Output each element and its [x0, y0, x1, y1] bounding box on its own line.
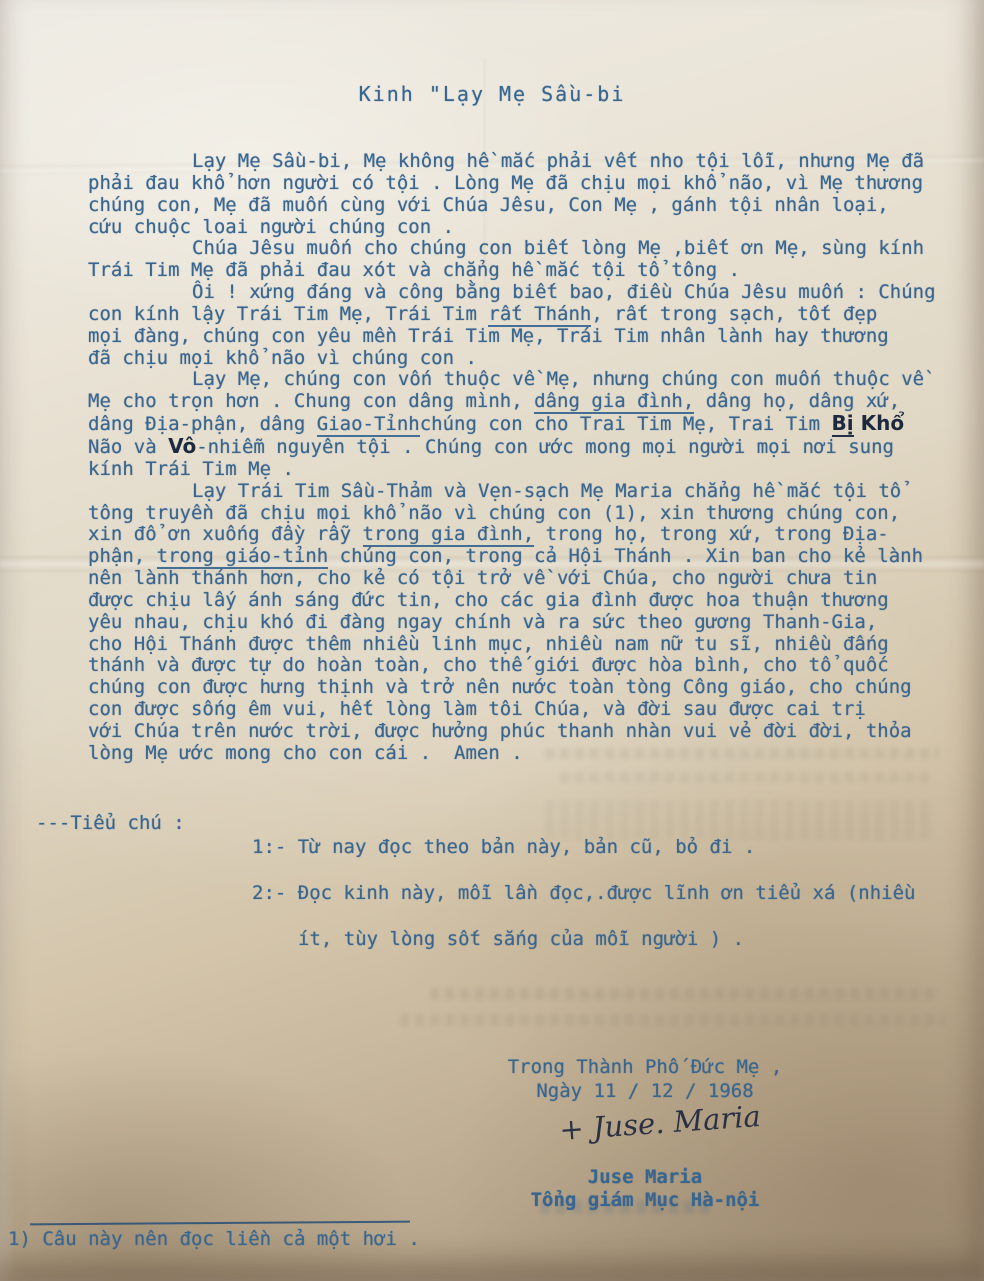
typed-text: Lạy Mẹ Sầu-bi, Mẹ không hề mắc phải vết … — [192, 150, 924, 172]
text-line: xin đổ ơn xuống đầy rẫy trong gia đình, … — [88, 524, 960, 546]
typed-text: Mẹ cho trọn hơn . Chung con dâng mình, — [88, 390, 534, 412]
typed-text: nên lành thánh hơn, cho kẻ có tội trở về… — [88, 567, 877, 589]
text-line: thánh và được tự do hoàn toàn, cho thế g… — [88, 655, 960, 677]
text-line: con kính lậy Trái Tim Mẹ, Trái Tim rất T… — [88, 304, 960, 326]
text-line: cho Hội Thánh được thêm nhiều linh mục, … — [88, 634, 960, 656]
footnote-item-2: 2:- Đọc kinh này, mỗi lần đọc,.được lĩnh… — [252, 882, 915, 904]
typed-text: con kính lậy Trái Tim Mẹ, Trái Tim — [88, 303, 488, 325]
typed-text: phận, — [88, 545, 157, 567]
bottom-footnote-rule — [30, 1221, 410, 1226]
text-line: Trái Tim Mẹ đã phải đau xót và chẳng hề … — [88, 260, 960, 282]
footnote-item-2-continuation: ít, tùy lòng sốt sắng của mỗi người ) . — [298, 928, 744, 950]
handwritten-correction: Bị — [832, 411, 854, 437]
paragraph: Chúa Jêsu muốn cho chúng con biết lòng M… — [88, 238, 960, 282]
text-line: với Chúa trên nước trời, được hưởng phúc… — [88, 721, 960, 743]
document-title: Kinh "Lạy Mẹ Sầu-bi — [0, 82, 984, 106]
typed-text: tông truyền đã chịu mọi khổ não vì chúng… — [88, 502, 900, 524]
typed-text: yêu nhau, chịu khó đi đàng ngay chính và… — [88, 611, 877, 633]
text-line: dâng Địa-phận, dâng Giao-Tỉnhchúng con c… — [88, 413, 960, 436]
typed-text: , rất trong sạch, tốt đẹp — [591, 303, 877, 325]
text-line: phải đau khổ hơn người có tội . Lòng Mẹ … — [88, 173, 960, 195]
typed-text: dâng gia đình, — [534, 390, 694, 414]
typed-text: Giao-Tỉnh — [317, 413, 420, 437]
text-line: Lạy Mẹ Sầu-bi, Mẹ không hề mắc phải vết … — [88, 151, 960, 173]
text-line: chúng con, Mẹ đã muốn cùng với Chúa Jêsu… — [88, 195, 960, 217]
typed-text: chúng con, trong cả Hội Thánh . Xin ban … — [328, 545, 923, 567]
paragraph: Lạy Trái Tim Sầu-Thảm và Vẹn-sạch Mẹ Mar… — [88, 481, 960, 765]
text-line: cứu chuộc loai người chúng con . — [88, 217, 960, 239]
typed-text: xin đổ ơn xuống đầy rẫy — [88, 523, 363, 545]
typed-text: trong gia đình, — [363, 523, 535, 547]
typed-text: chúng con cho Trai Tim Mẹ, Trai Tim — [420, 413, 832, 435]
typed-text: đã chịu mọi khổ não vì chúng con . — [88, 347, 477, 369]
text-line: mọi đàng, chúng con yêu mền Trái Tim Mẹ,… — [88, 326, 960, 348]
typed-text: -nhiễm nguyên tội . Chúng con ước mong m… — [196, 436, 894, 458]
typed-text: rất Thánh — [488, 303, 591, 327]
signature-place-line: Trong Thành Phố Đức Mẹ , — [445, 1056, 845, 1078]
footnote-item-1: 1:- Từ nay đọc theo bản này, bản cũ, bỏ … — [252, 836, 755, 858]
bleed-through-smudge — [430, 988, 940, 1000]
text-line: Ôi ! xứng đáng và công bằng biết bao, đi… — [88, 282, 960, 304]
paragraph: Ôi ! xứng đáng và công bằng biết bao, đi… — [88, 282, 960, 369]
footnote-section-header: ---Tiểu chú : — [36, 812, 185, 834]
typed-text: lòng Mẹ ước mong cho con cái . Amen . — [88, 742, 523, 764]
typed-text: chúng con được hưng thịnh và trở nên nướ… — [88, 676, 912, 698]
typed-text: kính Trái Tim Mẹ . — [88, 458, 294, 480]
text-line: tông truyền đã chịu mọi khổ não vì chúng… — [88, 503, 960, 525]
text-line: nên lành thánh hơn, cho kẻ có tội trở về… — [88, 568, 960, 590]
signature-name: Juse Maria — [445, 1166, 845, 1188]
paragraph: Lạy Mẹ, chúng con vốn thuộc về Mẹ, nhưng… — [88, 369, 960, 480]
typed-text: Lạy Trái Tim Sầu-Thảm và Vẹn-sạch Mẹ Mar… — [192, 480, 901, 502]
typed-text: Lạy Mẹ, chúng con vốn thuộc về Mẹ, nhưng… — [192, 368, 924, 390]
typed-text: Chúa Jêsu muốn cho chúng con biết lòng M… — [192, 237, 924, 259]
text-line: Mẹ cho trọn hơn . Chung con dâng mình, d… — [88, 391, 960, 413]
text-line: yêu nhau, chịu khó đi đàng ngay chính và… — [88, 612, 960, 634]
typed-text: mọi đàng, chúng con yêu mền Trái Tim Mẹ,… — [88, 325, 889, 347]
bottom-footnote-text: 1) Câu này nên đọc liền cả một hơi . — [8, 1228, 420, 1250]
typed-text: chúng con, Mẹ đã muốn cùng với Chúa Jêsu… — [88, 194, 889, 216]
typed-text: phải đau khổ hơn người có tội . Lòng Mẹ … — [88, 172, 923, 194]
typed-text: trong họ, trong xứ, trong Địa- — [534, 523, 889, 545]
typed-text: Trái Tim Mẹ đã phải đau xót và chẳng hề … — [88, 259, 740, 281]
typed-text: thánh và được tự do hoàn toàn, cho thế g… — [88, 654, 889, 676]
text-line: Chúa Jêsu muốn cho chúng con biết lòng M… — [88, 238, 960, 260]
handwritten-correction: Vô — [168, 434, 196, 458]
paragraph: Lạy Mẹ Sầu-bi, Mẹ không hề mắc phải vết … — [88, 151, 960, 238]
text-line: Lạy Mẹ, chúng con vốn thuộc về Mẹ, nhưng… — [88, 369, 960, 391]
bleed-through-smudge — [545, 800, 935, 840]
typed-text: Ôi ! xứng đáng và công bằng biết bao, đi… — [192, 281, 936, 303]
bleed-through-smudge — [400, 1014, 945, 1026]
text-line: kính Trái Tim Mẹ . — [88, 459, 960, 481]
text-line: lòng Mẹ ước mong cho con cái . Amen . — [88, 743, 960, 765]
handwritten-correction: Khổ — [854, 411, 904, 435]
body-text: Lạy Mẹ Sầu-bi, Mẹ không hề mắc phải vết … — [88, 151, 960, 765]
bleed-through-smudge — [560, 772, 930, 783]
typed-text: con được sống êm vui, hết lòng làm tôi C… — [88, 698, 866, 720]
text-line: Não và Vô-nhiễm nguyên tội . Chúng con ư… — [88, 436, 960, 459]
typed-text: cho Hội Thánh được thêm nhiều linh mục, … — [88, 633, 889, 655]
typed-text: dâng Địa-phận, dâng — [88, 413, 317, 435]
text-line: Lạy Trái Tim Sầu-Thảm và Vẹn-sạch Mẹ Mar… — [88, 481, 960, 503]
typed-text: cứu chuộc loai người chúng con . — [88, 216, 454, 238]
text-line: phận, trong giáo-tỉnh chúng con, trong c… — [88, 546, 960, 568]
typed-text: Não và — [88, 436, 168, 458]
typed-text: dâng họ, dâng xứ, — [694, 390, 900, 412]
text-line: chúng con được hưng thịnh và trở nên nướ… — [88, 677, 960, 699]
text-line: được chịu lấy ánh sáng đức tin, cho các … — [88, 590, 960, 612]
typed-text: được chịu lấy ánh sáng đức tin, cho các … — [88, 589, 889, 611]
typed-text: trong giáo-tỉnh — [157, 545, 329, 569]
scanned-letter-page: Kinh "Lạy Mẹ Sầu-bi Lạy Mẹ Sầu-bi, Mẹ kh… — [0, 0, 984, 1281]
text-line: con được sống êm vui, hết lòng làm tôi C… — [88, 699, 960, 721]
handwritten-signature: + Juse. Maria — [499, 1095, 821, 1151]
signature-role: Tổng giám Mục Hà-nội — [445, 1189, 845, 1211]
text-line: đã chịu mọi khổ não vì chúng con . — [88, 348, 960, 370]
typed-text: với Chúa trên nước trời, được hưởng phúc… — [88, 720, 912, 742]
